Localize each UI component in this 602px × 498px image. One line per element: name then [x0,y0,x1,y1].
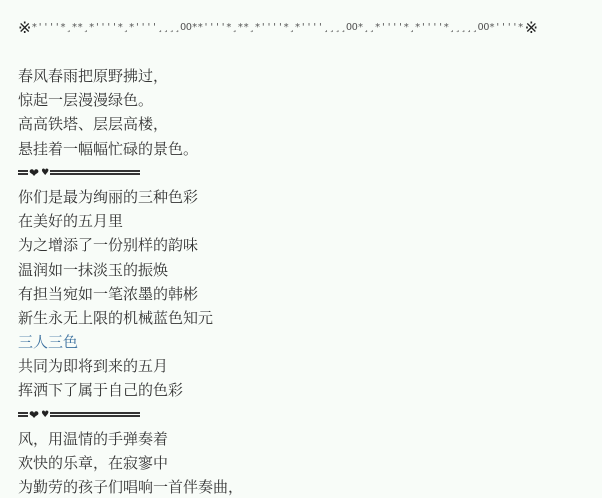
heart-icon: ❤ [29,167,39,179]
poem-line: 为勤劳的孩子们唱响一首伴奏曲， [18,475,578,498]
heart-icon: ❤ [29,409,39,421]
poem-line: 风，用温情的手弹奏着 [18,427,578,451]
poem-line: 春风春雨把原野拂过， [18,64,578,88]
poem-line: 为之增添了一份别样的韵味 [18,233,578,257]
poem-body: 春风春雨把原野拂过， 惊起一层漫漫绿色。 高高铁塔、层层高楼， 悬挂着一幅幅忙碌… [18,64,578,498]
poem-line: 挥洒下了属于自己的色彩 [18,378,578,402]
poem-line: 共同为即将到来的五月 [18,354,578,378]
poem-line: 在美好的五月里 [18,209,578,233]
reference-mark-icon: ※ [525,20,538,36]
decorative-border: ※ *''''*¸**¸*''''*¸*''''¸¸¸¸OO**''''*¸**… [18,20,538,36]
divider-bar [18,412,28,417]
heart-divider: ❤ ♥ [18,403,578,427]
poem-line: 悬挂着一幅幅忙碌的景色。 [18,137,578,161]
divider-bar [18,170,28,175]
poem-line: 欢快的乐章，在寂寥中 [18,451,578,475]
divider-bar [50,170,140,175]
poem-line: 有担当宛如一笔浓墨的韩彬 [18,282,578,306]
poem-line: 新生永无上限的机械蓝色知元 [18,306,578,330]
highlight-line: 三人三色 [18,330,578,354]
poem-line: 你们是最为绚丽的三种色彩 [18,185,578,209]
divider-bar [50,412,140,417]
border-pattern: *''''*¸**¸*''''*¸*''''¸¸¸¸OO**''''*¸**¸*… [31,20,524,36]
heart-icon: ♥ [41,409,49,421]
heart-icon: ♥ [41,167,49,179]
poem-line: 高高铁塔、层层高楼， [18,112,578,136]
heart-divider: ❤ ♥ [18,161,578,185]
poem-page: ※ *''''*¸**¸*''''*¸*''''¸¸¸¸OO**''''*¸**… [0,0,602,498]
reference-mark-icon: ※ [18,20,31,36]
poem-line: 惊起一层漫漫绿色。 [18,88,578,112]
poem-line: 温润如一抹淡玉的振焕 [18,258,578,282]
